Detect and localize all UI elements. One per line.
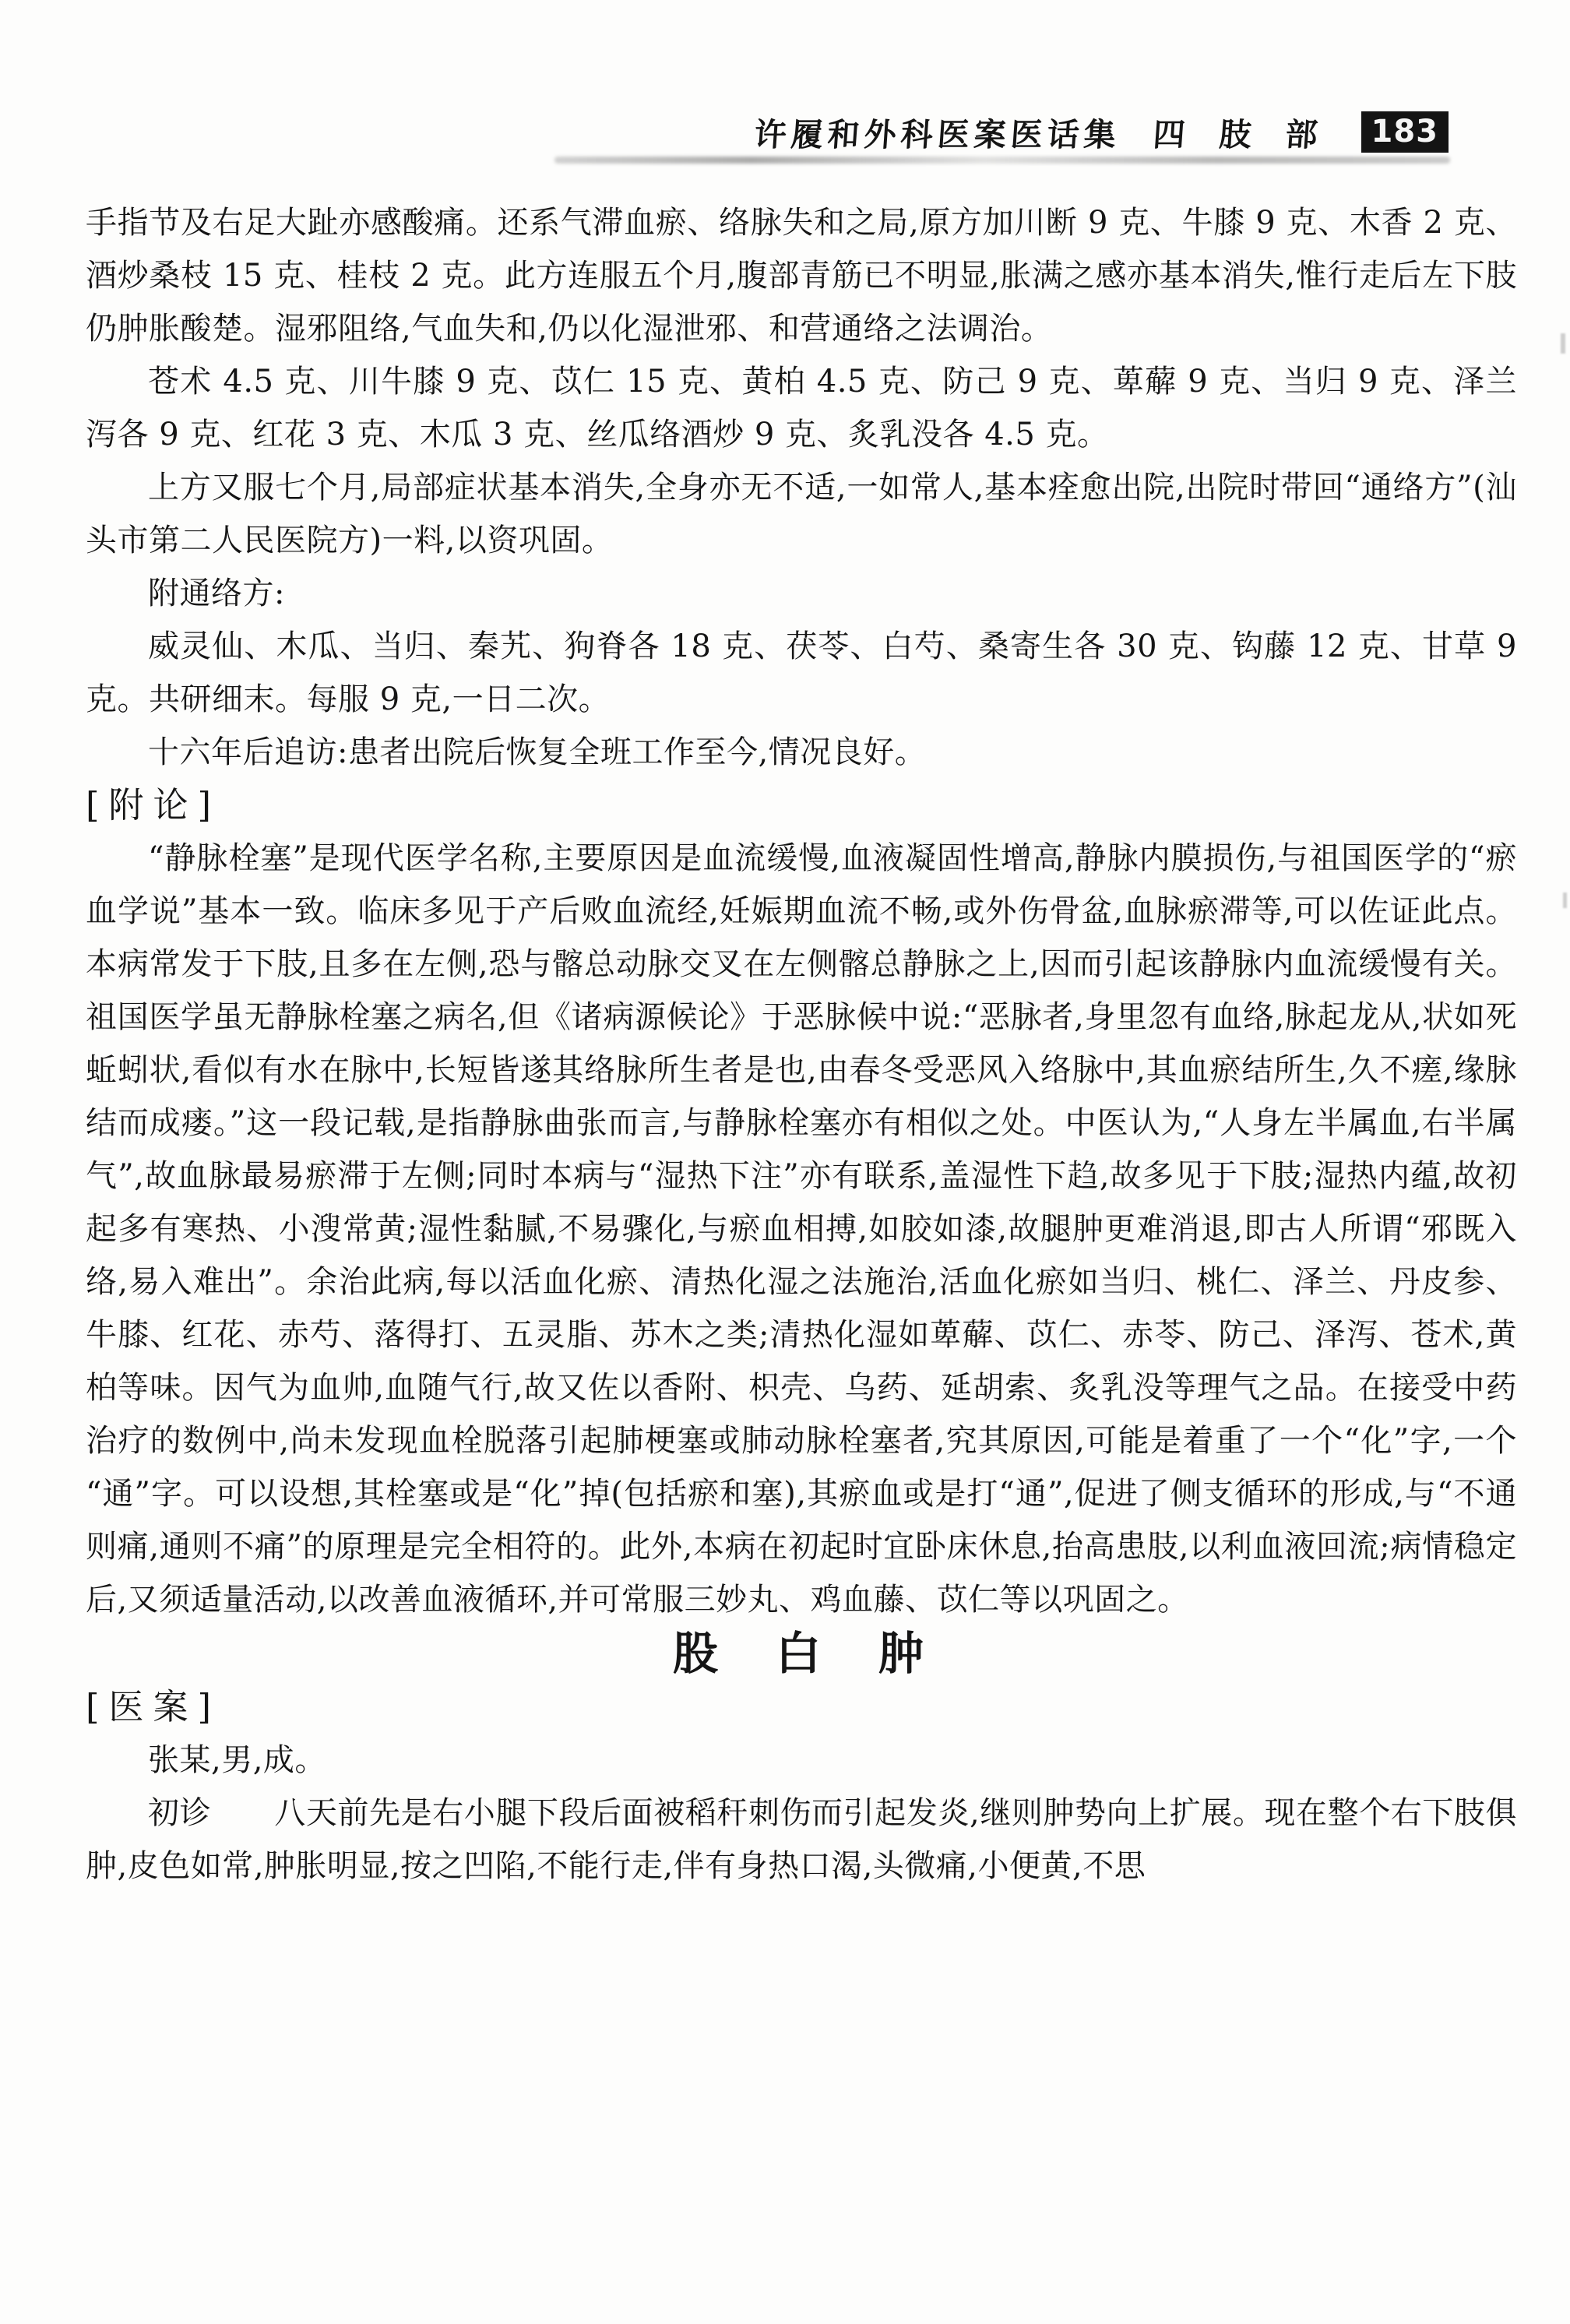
page-number-badge: 183 [1361,111,1449,153]
para-followup: 十六年后追访:患者出院后恢复全班工作至今,情况良好。 [86,726,1517,779]
chapter-heading: 股 白 肿 [86,1626,1517,1681]
appendix-body: “静脉栓塞”是现代医学名称,主要原因是血流缓慢,血液凝固性增高,静脉内膜损伤,与… [86,832,1517,1626]
para-formula: 威灵仙、木瓜、当归、秦艽、狗脊各 18 克、茯苓、白芍、桑寄生各 30 克、钩藤… [86,620,1517,726]
scan-artifact-header-rule [554,157,1450,164]
scan-artifact-edge-mark [1561,333,1565,354]
para-first-visit: 初诊 八天前先是右小腿下段后面被稻秆刺伤而引起发炎,继则肿势向上扩展。现在整个右… [86,1787,1517,1893]
para-prescription: 苍术 4.5 克、川牛膝 9 克、苡仁 15 克、黄柏 4.5 克、防己 9 克… [86,355,1517,461]
appendix-heading: [附论] [86,779,1517,832]
scan-artifact-edge-mark [1563,893,1567,908]
book-page: 许履和外科医案医话集 四肢部 183 手指节及右足大趾亦感酸痛。还系气滞血瘀、络… [0,0,1570,2324]
case-heading: [医案] [86,1681,1517,1734]
book-title: 许履和外科医案医话集 [752,109,1121,155]
main-text: 手指节及右足大趾亦感酸痛。还系气滞血瘀、络脉失和之局,原方加川断 9 克、牛膝 … [86,196,1517,1893]
para-discharge: 上方又服七个月,局部症状基本消失,全身亦无不适,一如常人,基本痊愈出院,出院时带… [86,461,1517,567]
para-continuation: 手指节及右足大趾亦感酸痛。还系气滞血瘀、络脉失和之局,原方加川断 9 克、牛膝 … [86,196,1517,355]
section-label: 四肢部 [1151,109,1353,155]
page-header: 许履和外科医案医话集 四肢部 183 [755,109,1449,155]
para-patient: 张某,男,成。 [86,1734,1517,1787]
para-formula-intro: 附通络方: [86,567,1517,620]
